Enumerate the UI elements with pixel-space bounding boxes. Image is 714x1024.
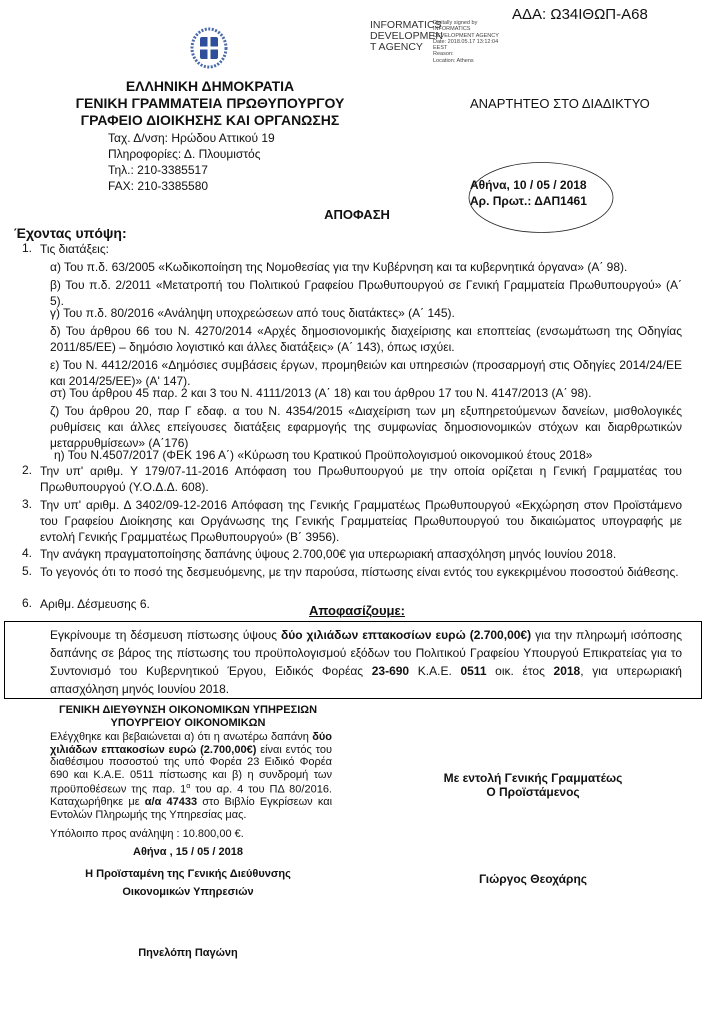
fax: FAX: 210-3385580 [108, 178, 275, 194]
signer-line: T AGENCY [370, 42, 443, 53]
document-date: Αθήνα, 10 / 05 / 2018 [470, 177, 587, 193]
ada-code: ΑΔΑ: Ω34ΙΘΩΠ-Α68 [512, 6, 648, 23]
finance-serial: α/α 47433 [145, 796, 197, 808]
finance-signer-title-1: Η Προϊσταμένη της Γενικής Διεύθυνσης [40, 868, 336, 880]
item-number: 5. [22, 564, 32, 578]
item-2: Την υπ' αριθμ. Υ 179/07-11-2016 Απόφαση … [40, 463, 682, 495]
item-1h: η) Του Ν.4507/2017 (ΦΕΚ 196 Α΄) «Κύρωση … [54, 447, 694, 463]
decision-amount: δύο χιλιάδων επτακοσίων ευρώ (2.700,00€) [281, 628, 531, 642]
document-title: ΑΠΟΦΑΣΗ [0, 207, 714, 222]
sig-detail: DEVELOPMENT AGENCY [433, 33, 499, 39]
sig-detail: Location: Athens [433, 58, 499, 64]
publish-note: ΑΝΑΡΤΗΤΕΟ ΣΤΟ ΔΙΑΔΙΚΤΥΟ [470, 96, 650, 111]
greek-emblem-icon [190, 27, 228, 69]
item-1z: ζ) Του άρθρου 20, παρ Γ εδαφ. α του Ν. 4… [50, 403, 682, 451]
item-1: Τις διατάξεις: [40, 241, 680, 257]
decision-agency-code: 23-690 [372, 664, 409, 678]
right-signer-title: Ο Προϊστάμενος [420, 785, 646, 799]
phone: Τηλ.: 210-3385517 [108, 162, 275, 178]
right-signer-name: Γιώργος Θεοχάρης [420, 872, 646, 886]
finance-part: Ελέγχθηκε και βεβαιώνεται α) ότι η ανωτέ… [50, 731, 312, 743]
header-republic: ΕΛΛΗΝΙΚΗ ΔΗΜΟΚΡΑΤΙΑ [60, 78, 360, 94]
having-regard-heading: Έχοντας υπόψη: [14, 225, 127, 241]
header-secretariat: ΓΕΝΙΚΗ ΓΡΑΜΜΑΤΕΙΑ ΠΡΩΘΥΠΟΥΡΓΟΥ [60, 95, 360, 111]
item-number: 1. [22, 241, 32, 255]
info-contact: Πληροφορίες: Δ. Πλουμιστός [108, 146, 275, 162]
finance-verification-text: Ελέγχθηκε και βεβαιώνεται α) ότι η ανωτέ… [50, 731, 332, 821]
finance-signer-title-2: Οικονομικών Υπηρεσιών [40, 886, 336, 898]
decision-text: Εγκρίνουμε τη δέσμευση πίστωσης ύψους δύ… [50, 626, 682, 698]
finance-date: Αθήνα , 15 / 05 / 2018 [40, 846, 336, 858]
item-4: Την ανάγκη πραγματοποίησης δαπάνης ύψους… [40, 546, 690, 562]
item-number: 4. [22, 546, 32, 560]
date-protocol: Αθήνα, 10 / 05 / 2018 Αρ. Πρωτ.: ΔΑΠ1461 [470, 177, 587, 209]
decision-kae-code: 0511 [460, 664, 486, 678]
finance-heading-2: ΥΠΟΥΡΓΕΙΟΥ ΟΙΚΟΝΟΜΙΚΩΝ [40, 716, 336, 730]
right-signer-mandate: Με εντολή Γενικής Γραμματέως [420, 771, 646, 785]
address: Ταχ. Δ/νση: Ηρώδου Αττικού 19 [108, 130, 275, 146]
contact-block: Ταχ. Δ/νση: Ηρώδου Αττικού 19 Πληροφορίε… [108, 130, 275, 194]
item-number: 2. [22, 463, 32, 477]
decision-year: 2018 [554, 664, 581, 678]
decision-heading: Αποφασίζουμε: [0, 603, 714, 618]
item-1d: δ) Του άρθρου 66 του Ν. 4270/2014 «Αρχές… [50, 323, 682, 355]
item-3: Την υπ' αριθμ. Δ 3402/09-12-2016 Απόφαση… [40, 497, 682, 545]
decision-part: Κ.Α.Ε. [409, 664, 460, 678]
digital-signature-details: Digitally signed by INFORMATICS DEVELOPM… [433, 20, 499, 64]
item-1a: α) Του π.δ. 63/2005 «Κωδικοποίηση της Νο… [50, 259, 690, 275]
finance-signer-name: Πηνελόπη Παγώνη [40, 947, 336, 959]
finance-heading-1: ΓΕΝΙΚΗ ΔΙΕΥΘΥΝΣΗ ΟΙΚΟΝΟΜΙΚΩΝ ΥΠΗΡΕΣΙΩΝ [40, 703, 336, 717]
item-1c: γ) Του π.δ. 80/2016 «Ανάληψη υποχρεώσεων… [50, 305, 682, 321]
digital-signature-signer: INFORMATICS DEVELOPMEN T AGENCY [370, 20, 443, 53]
item-number: 3. [22, 497, 32, 511]
item-5: Το γεγονός ότι το ποσό της δεσμευόμενης,… [40, 564, 682, 580]
header-office: ΓΡΑΦΕΙΟ ΔΙΟΙΚΗΣΗΣ ΚΑΙ ΟΡΓΑΝΩΣΗΣ [60, 112, 360, 128]
decision-part: οικ. έτος [487, 664, 554, 678]
remaining-balance: Υπόλοιπο προς ανάληψη : 10.800,00 €. [50, 828, 244, 840]
decision-part: Εγκρίνουμε τη δέσμευση πίστωσης ύψους [50, 628, 281, 642]
item-1st: στ) Του άρθρου 45 παρ. 2 και 3 του Ν. 41… [50, 385, 690, 401]
